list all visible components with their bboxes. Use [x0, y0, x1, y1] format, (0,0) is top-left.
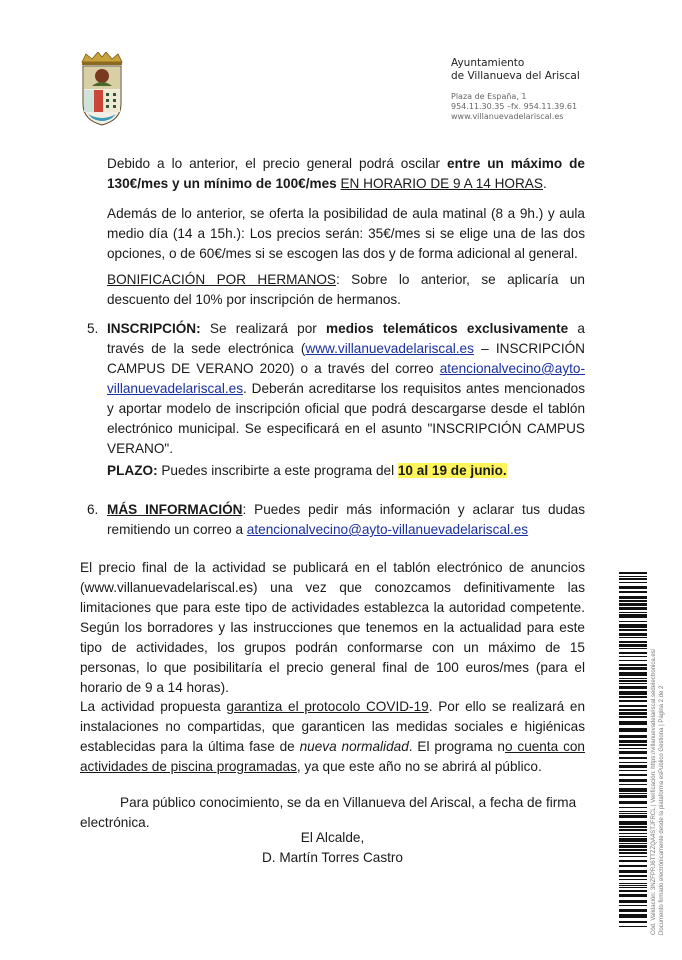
- letterhead-address: Plaza de España, 1: [451, 92, 651, 102]
- validation-line2: Documento firmado electrónicamente desde…: [658, 565, 666, 935]
- price-range-paragraph: Debido a lo anterior, el precio general …: [107, 154, 585, 194]
- letterhead-phone: 954.11.30.35 –fx. 954.11.39.61: [451, 102, 651, 112]
- covid-paragraph: La actividad propuesta garantiza el prot…: [80, 697, 585, 777]
- list-number-5: 5.: [87, 319, 98, 339]
- text: Se realizará por: [201, 321, 326, 336]
- sede-electronica-link[interactable]: www.villanuevadelariscal.es: [305, 341, 474, 356]
- email-link[interactable]: atencionalvecino@ayto-villanuevadelarisc…: [247, 522, 528, 537]
- text: Debido a lo anterior, el precio general …: [107, 156, 447, 171]
- text: .: [543, 176, 547, 191]
- validation-vertical-text: Cód. Validación: 3NZFPRJ6TTZZQA4STJFRCL …: [650, 565, 666, 935]
- plazo-label: PLAZO:: [107, 463, 158, 478]
- nueva-normalidad-italic: nueva normalidad: [300, 739, 409, 754]
- letterhead-title-line1: Ayuntamiento: [451, 57, 651, 70]
- bonificacion-paragraph: BONIFICACIÓN POR HERMANOS: Sobre lo ante…: [107, 270, 585, 310]
- conocimiento-paragraph: Para público conocimiento, se da en Vill…: [80, 793, 585, 833]
- aula-paragraph: Además de lo anterior, se oferta la posi…: [107, 204, 585, 264]
- bonificacion-heading: BONIFICACIÓN POR HERMANOS: [107, 272, 336, 287]
- schedule-underlined: EN HORARIO DE 9 A 14 HORAS: [340, 176, 542, 191]
- list-item-inscripcion: INSCRIPCIÓN: Se realizará por medios tel…: [107, 319, 585, 459]
- letterhead: Ayuntamiento de Villanueva del Ariscal P…: [451, 57, 651, 122]
- letterhead-website: www.villanuevadelariscal.es: [451, 112, 651, 122]
- plazo-dates-highlight: 10 al 19 de junio.: [398, 463, 507, 478]
- telematic-bold: medios telemáticos exclusivamente: [326, 321, 568, 336]
- precio-final-paragraph: El precio final de la actividad se publi…: [80, 558, 585, 698]
- text: Puedes inscribirte a este programa del: [158, 463, 398, 478]
- list-number-6: 6.: [87, 500, 98, 520]
- signature-name: D. Martín Torres Castro: [80, 848, 585, 868]
- validation-line1: Cód. Validación: 3NZFPRJ6TTZZQA4STJFRCL …: [650, 565, 658, 935]
- letterhead-title-line2: de Villanueva del Ariscal: [451, 70, 651, 83]
- signature-role: El Alcalde,: [80, 828, 585, 848]
- list-item-mas-informacion: MÁS INFORMACIÓN: Puedes pedir más inform…: [107, 500, 585, 540]
- plazo-paragraph: PLAZO: Puedes inscribirte a este program…: [107, 461, 585, 481]
- mas-informacion-heading: MÁS INFORMACIÓN: [107, 502, 243, 517]
- barcode-icon: [619, 572, 647, 927]
- text: , ya que este año no se abrirá al públic…: [297, 759, 542, 774]
- text: . El programa n: [409, 739, 505, 754]
- covid-underlined: garantiza el protocolo COVID-19: [226, 699, 428, 714]
- text: La actividad propuesta: [80, 699, 226, 714]
- text: Para público conocimiento, se da en Vill…: [80, 795, 576, 830]
- inscripcion-heading: INSCRIPCIÓN:: [107, 321, 201, 336]
- municipal-coat-of-arms-icon: [78, 52, 126, 126]
